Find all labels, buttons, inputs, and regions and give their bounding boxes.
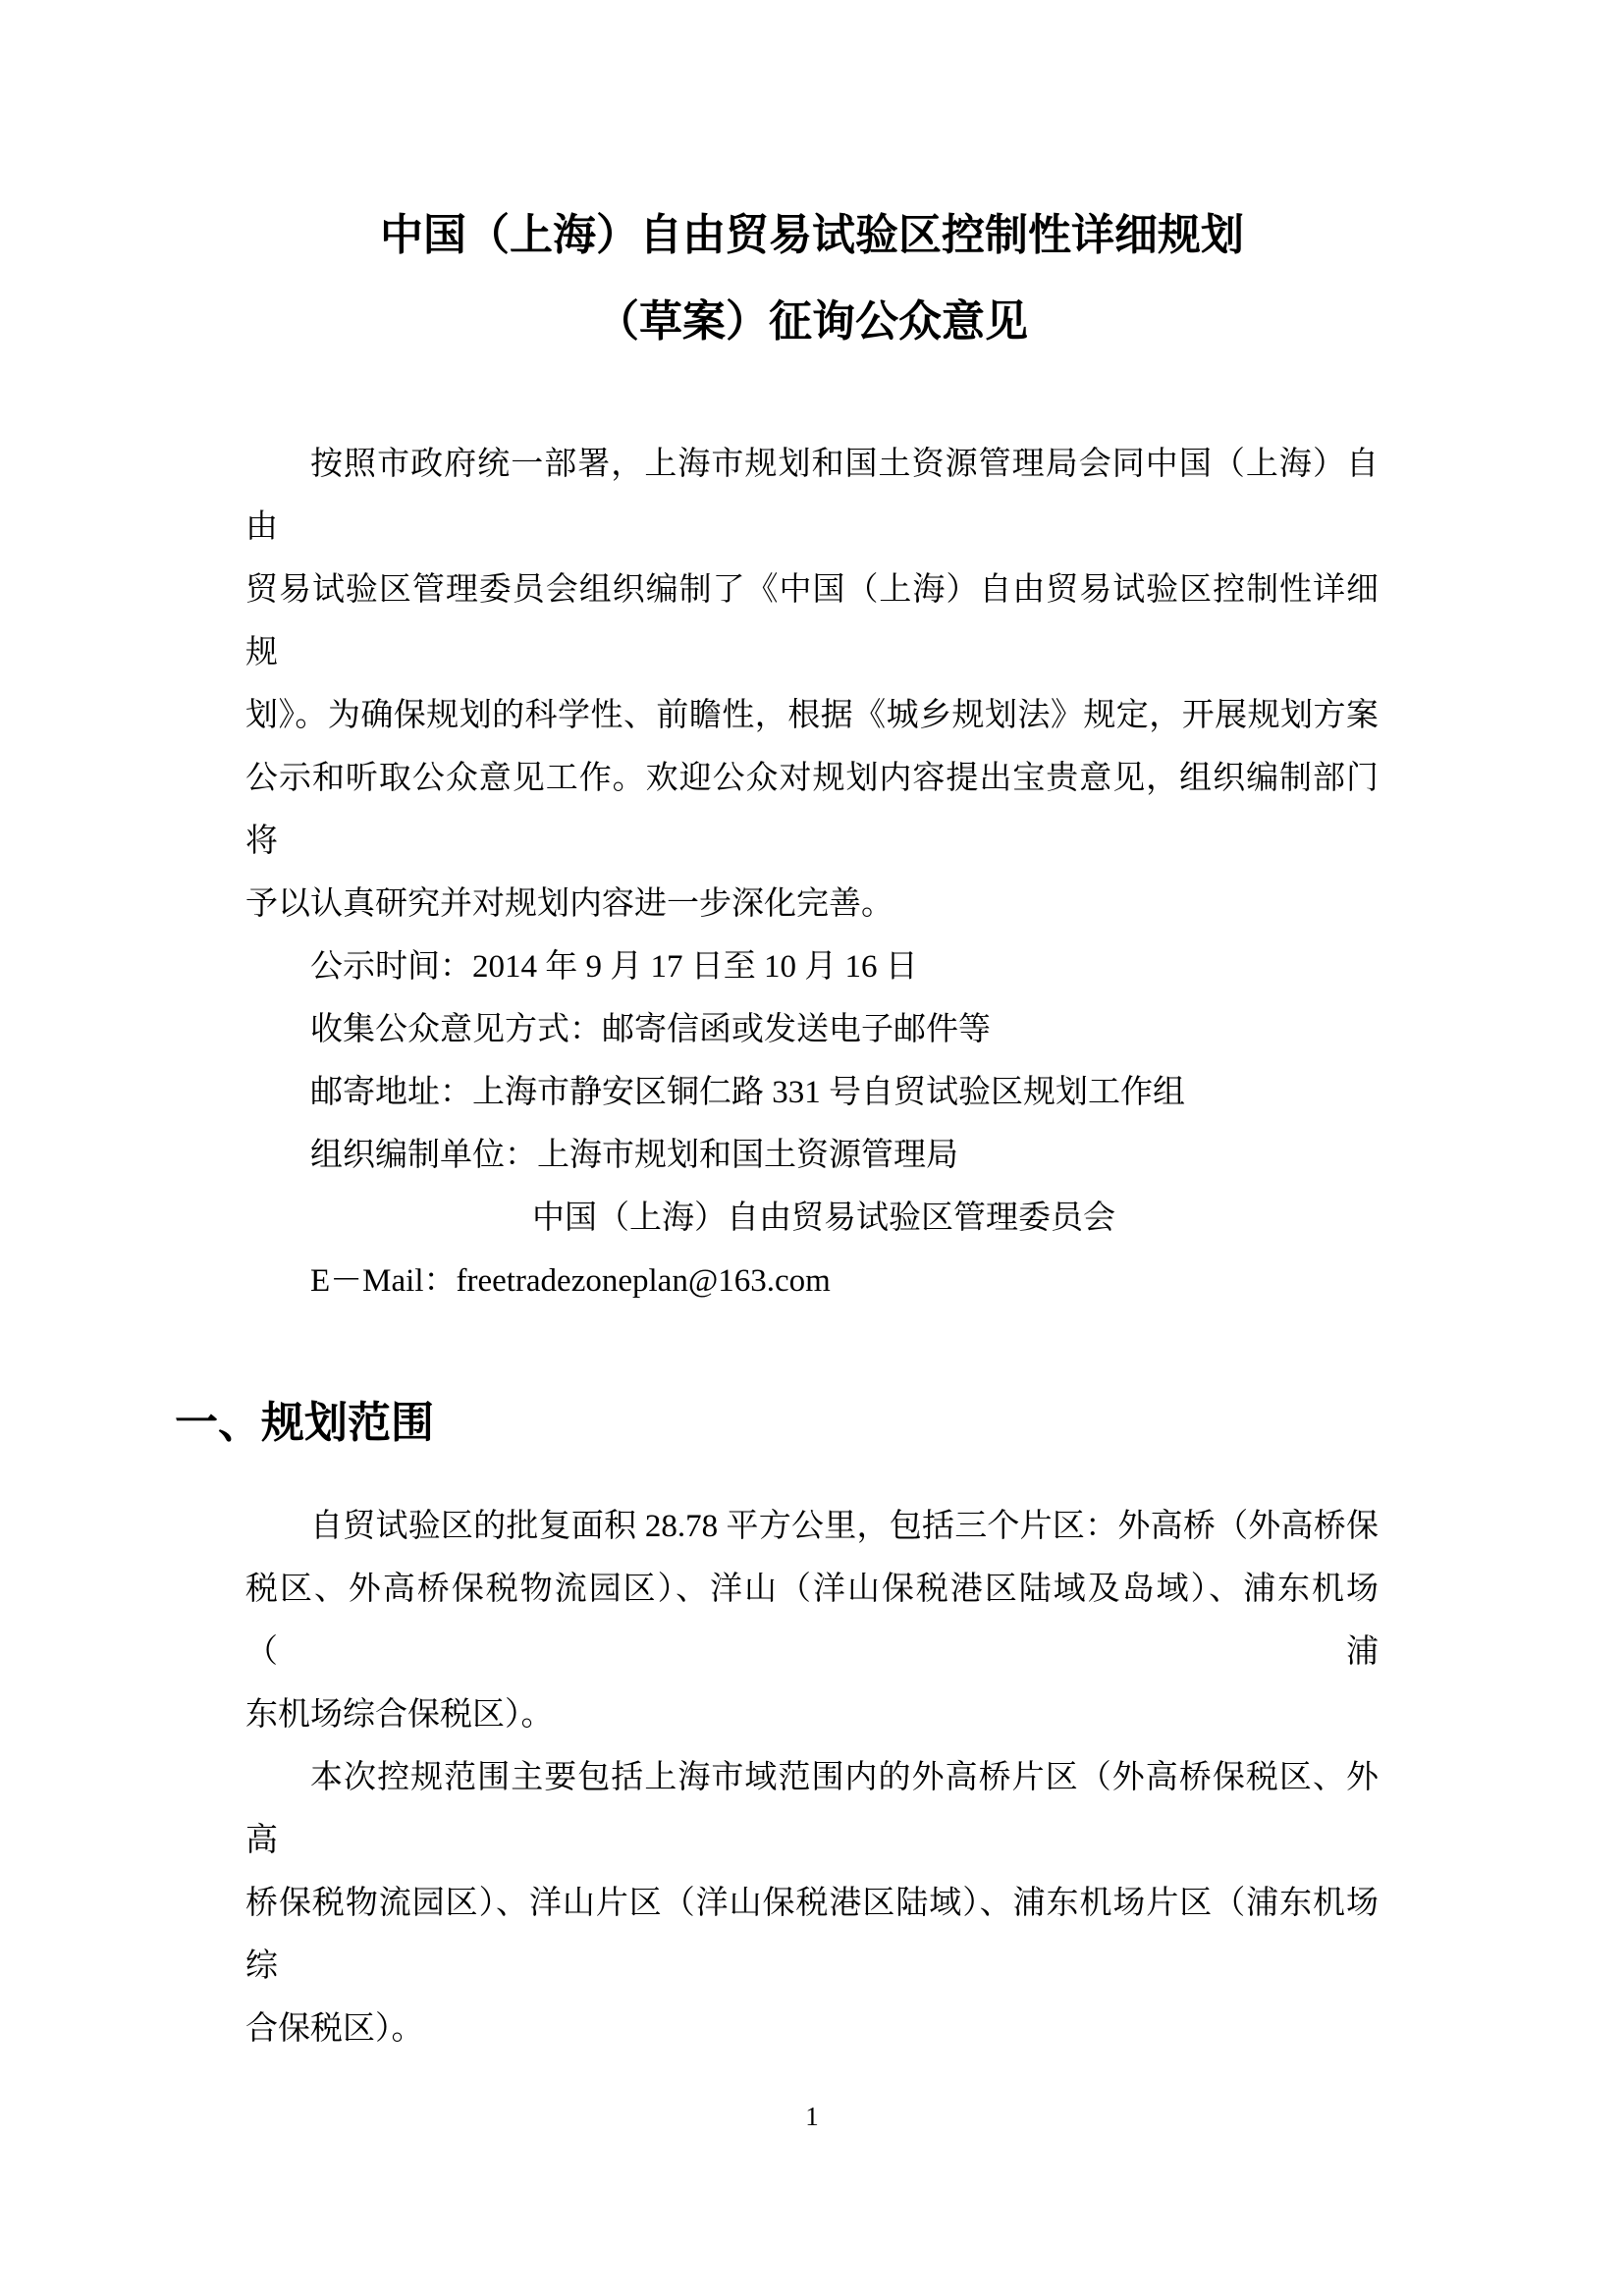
organizing-unit-line-1: 组织编制单位：上海市规划和国土资源管理局 (245, 1124, 1379, 1187)
section1-text-line: 桥保税物流园区）、洋山片区（洋山保税港区陆域）、浦东机场片区（浦东机场综 (245, 1872, 1379, 1998)
intro-text-line: 公示和听取公众意见工作。欢迎公众对规划内容提出宝贵意见，组织编制部门将 (245, 747, 1379, 873)
intro-text-line: 按照市政府统一部署，上海市规划和国土资源管理局会同中国（上海）自由 (245, 433, 1379, 559)
intro-text-line: 予以认真研究并对规划内容进一步深化完善。 (245, 873, 1379, 935)
intro-text-line: 划》。为确保规划的科学性、前瞻性，根据《城乡规划法》规定，开展规划方案 (245, 684, 1379, 747)
publicity-period-line: 公示时间：2014 年 9 月 17 日至 10 月 16 日 (245, 935, 1379, 998)
section1-text-line: 自贸试验区的批复面积 28.78 平方公里，包括三个片区：外高桥（外高桥保 (245, 1495, 1379, 1558)
email-line: E－Mail：freetradezoneplan@163.com (245, 1250, 1379, 1312)
section-heading-planning-scope: 一、规划范围 (175, 1395, 434, 1452)
section1-text-line: 合保税区）。 (245, 1998, 1379, 2060)
section1-text-line: 税区、外高桥保税物流园区）、洋山（洋山保税港区陆域及岛域）、浦东机场（浦 (245, 1558, 1379, 1683)
intro-paragraphs: 按照市政府统一部署，上海市规划和国土资源管理局会同中国（上海）自由 贸易试验区管… (245, 433, 1379, 1312)
mailing-address-line: 邮寄地址：上海市静安区铜仁路 331 号自贸试验区规划工作组 (245, 1061, 1379, 1124)
intro-text-line: 贸易试验区管理委员会组织编制了《中国（上海）自由贸易试验区控制性详细规 (245, 559, 1379, 684)
feedback-method-line: 收集公众意见方式：邮寄信函或发送电子邮件等 (245, 998, 1379, 1061)
document-title-line1: 中国（上海）自由贸易试验区控制性详细规划 (0, 210, 1624, 261)
section1-text-line: 东机场综合保税区）。 (245, 1683, 1379, 1746)
section1-paragraphs: 自贸试验区的批复面积 28.78 平方公里，包括三个片区：外高桥（外高桥保 税区… (245, 1495, 1379, 2060)
document-title-line2: （草案）征询公众意见 (0, 296, 1624, 347)
section1-text-line: 本次控规范围主要包括上海市域范围内的外高桥片区（外高桥保税区、外高 (245, 1746, 1379, 1872)
document-page: 中国（上海）自由贸易试验区控制性详细规划 （草案）征询公众意见 按照市政府统一部… (0, 0, 1624, 2296)
page-number: 1 (0, 2100, 1624, 2133)
organizing-unit-line-2: 中国（上海）自由贸易试验区管理委员会 (245, 1187, 1379, 1250)
